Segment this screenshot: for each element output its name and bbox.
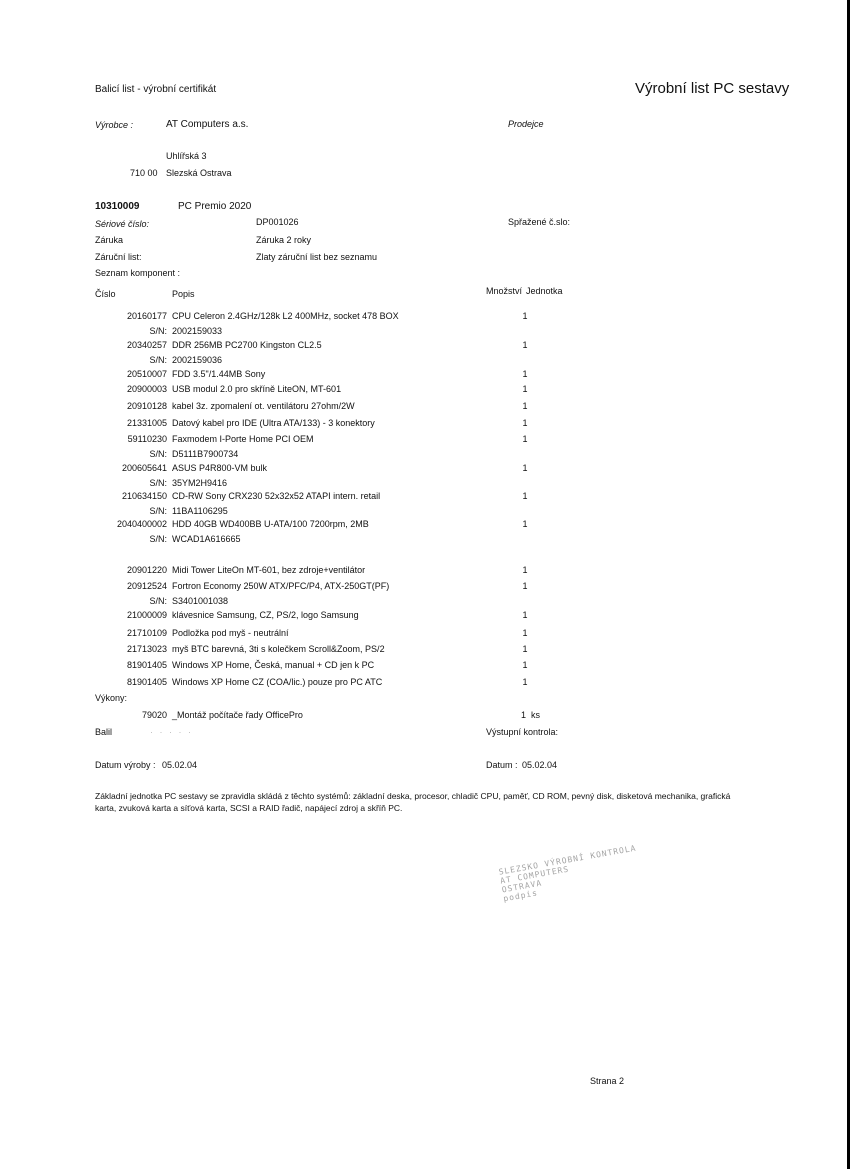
manufacturer-zip: 710 00 [130,168,158,178]
component-code: 81901405 [87,677,167,687]
component-quantity: 1 [515,369,535,379]
component-quantity: 1 [515,340,535,350]
component-quantity: 1 [515,434,535,444]
serial-number-label: S/N: [87,534,167,544]
company-stamp: SLEZSKO VÝROBNÍ KONTROLA AT COMPUTERS OS… [498,830,732,967]
component-description: CD-RW Sony CRX230 52x32x52 ATAPI intern.… [172,491,380,501]
serial-number-value: 35YM2H9416 [172,478,227,488]
component-code: 20912524 [87,581,167,591]
column-header-unit: Jednotka [526,286,563,296]
component-code: 20900003 [87,384,167,394]
coupled-number-label: Spřažené č.slo: [508,217,570,227]
column-header-number: Číslo [95,289,116,299]
warranty-label: Záruka [95,235,123,245]
serial-number-label: S/N: [87,478,167,488]
component-quantity: 1 [515,660,535,670]
component-description: Windows XP Home CZ (COA/lic.) pouze pro … [172,677,382,687]
component-description: Faxmodem I-Porte Home PCI OEM [172,434,314,444]
component-quantity: 1 [515,581,535,591]
component-quantity: 1 [515,565,535,575]
component-description: Fortron Economy 250W ATX/PFC/P4, ATX-250… [172,581,389,591]
warranty-sheet-value: Zlaty záruční list bez seznamu [256,252,377,262]
component-code: 20910128 [87,401,167,411]
date-label: Datum : [486,760,518,770]
component-description: HDD 40GB WD400BB U-ATA/100 7200rpm, 2MB [172,519,369,529]
component-quantity: 1 [515,491,535,501]
component-code: 21000009 [87,610,167,620]
services-label: Výkony: [95,693,127,703]
component-code: 20510007 [87,369,167,379]
component-quantity: 1 [515,418,535,428]
packed-by-signature: · · · · · [150,727,193,737]
component-code: 20160177 [87,311,167,321]
component-code: 21710109 [87,628,167,638]
serial-number-value: S3401001038 [172,596,228,606]
component-code: 20901220 [87,565,167,575]
component-quantity: 1 [515,610,535,620]
serial-number-value: 11BA1106295 [172,506,228,516]
service-unit: ks [531,710,540,720]
component-code: 21713023 [87,644,167,654]
component-description: ASUS P4R800-VM bulk [172,463,267,473]
product-code: 10310009 [95,201,140,212]
production-date-label: Datum výroby : [95,760,156,770]
component-description: Midi Tower LiteOn MT-601, bez zdroje+ven… [172,565,365,575]
manufacturer-label: Výrobce : [95,120,133,130]
seller-label: Prodejce [508,119,544,129]
component-code: 21331005 [87,418,167,428]
component-quantity: 1 [515,401,535,411]
component-code: 210634150 [87,491,167,501]
serial-number-label: S/N: [87,326,167,336]
serial-number-value: 2002159036 [172,355,222,365]
component-quantity: 1 [515,384,535,394]
component-description: CPU Celeron 2.4GHz/128k L2 400MHz, socke… [172,311,399,321]
serial-number-value: D5111B7900734 [172,449,238,459]
serial-number-label: S/N: [87,596,167,606]
serial-value: DP001026 [256,217,299,227]
component-quantity: 1 [515,463,535,473]
component-code: 20340257 [87,340,167,350]
component-code: 2040400002 [87,519,167,529]
manufacturer-street: Uhlířská 3 [166,151,207,161]
component-description: klávesnice Samsung, CZ, PS/2, logo Samsu… [172,610,359,620]
serial-label: Sériové číslo: [95,219,149,229]
component-description: DDR 256MB PC2700 Kingston CL2.5 [172,340,322,350]
production-date: 05.02.04 [162,760,197,770]
packed-by-label: Balil [95,727,112,737]
component-description: Podložka pod myš - neutrální [172,628,289,638]
component-description: Datový kabel pro IDE (Ultra ATA/133) - 3… [172,418,375,428]
output-control-label: Výstupní kontrola: [486,727,558,737]
component-description: myš BTC barevná, 3ti s kolečkem Scroll&Z… [172,644,385,654]
manufacturer-name: AT Computers a.s. [166,119,248,130]
components-label: Seznam komponent : [95,268,180,278]
column-header-quantity: Množství [486,286,522,296]
component-quantity: 1 [515,519,535,529]
document-subtitle: Balicí list - výrobní certifikát [95,84,216,95]
serial-number-label: S/N: [87,449,167,459]
component-quantity: 1 [515,677,535,687]
component-description: USB modul 2.0 pro skříně LiteON, MT-601 [172,384,341,394]
serial-number-value: WCAD1A616665 [172,534,241,544]
component-description: FDD 3.5"/1.44MB Sony [172,369,265,379]
page-number: Strana 2 [590,1076,624,1086]
product-name: PC Premio 2020 [178,201,251,212]
component-code: 59110230 [87,434,167,444]
service-description: _Montáž počítače řady OfficePro [172,710,303,720]
serial-number-label: S/N: [87,355,167,365]
component-code: 81901405 [87,660,167,670]
component-quantity: 1 [515,628,535,638]
service-quantity: 1 [521,710,526,720]
service-code: 79020 [87,710,167,720]
date-value: 05.02.04 [522,760,557,770]
document-title: Výrobní list PC sestavy [635,80,789,97]
component-quantity: 1 [515,311,535,321]
serial-number-value: 2002159033 [172,326,222,336]
warranty-sheet-label: Záruční list: [95,252,142,262]
serial-number-label: S/N: [87,506,167,516]
component-code: 200605641 [87,463,167,473]
component-quantity: 1 [515,644,535,654]
warranty-value: Záruka 2 roky [256,235,311,245]
description-paragraph: Základní jednotka PC sestavy se zpravidl… [95,790,735,814]
component-description: Windows XP Home, Česká, manual + CD jen … [172,660,374,670]
manufacturer-city: Slezská Ostrava [166,168,232,178]
column-header-description: Popis [172,289,195,299]
component-description: kabel 3z. zpomalení ot. ventilátoru 27oh… [172,401,355,411]
